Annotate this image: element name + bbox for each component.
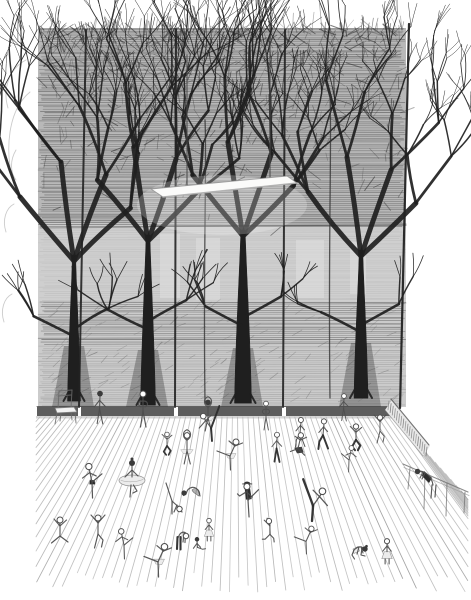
dancer-figure — [415, 469, 436, 498]
dancer-figure — [217, 439, 243, 470]
dancer-figure — [177, 532, 189, 549]
dancer-figure — [83, 463, 102, 498]
dancer-figure — [181, 487, 200, 496]
dancer-figure — [296, 417, 305, 447]
dancer-figure — [119, 458, 145, 498]
dancer-figure — [193, 537, 205, 549]
dancer-figure — [262, 518, 274, 542]
pencil-illustration — [0, 0, 471, 600]
dancers-group — [52, 391, 437, 577]
illustration-canvas — [0, 0, 471, 600]
dancer-figure — [52, 517, 69, 543]
dancer-figure — [318, 419, 328, 449]
studio-floor — [36, 417, 468, 592]
dancer-figure — [162, 432, 172, 455]
dancer-figure — [238, 482, 259, 517]
dancer-figure — [181, 430, 193, 464]
